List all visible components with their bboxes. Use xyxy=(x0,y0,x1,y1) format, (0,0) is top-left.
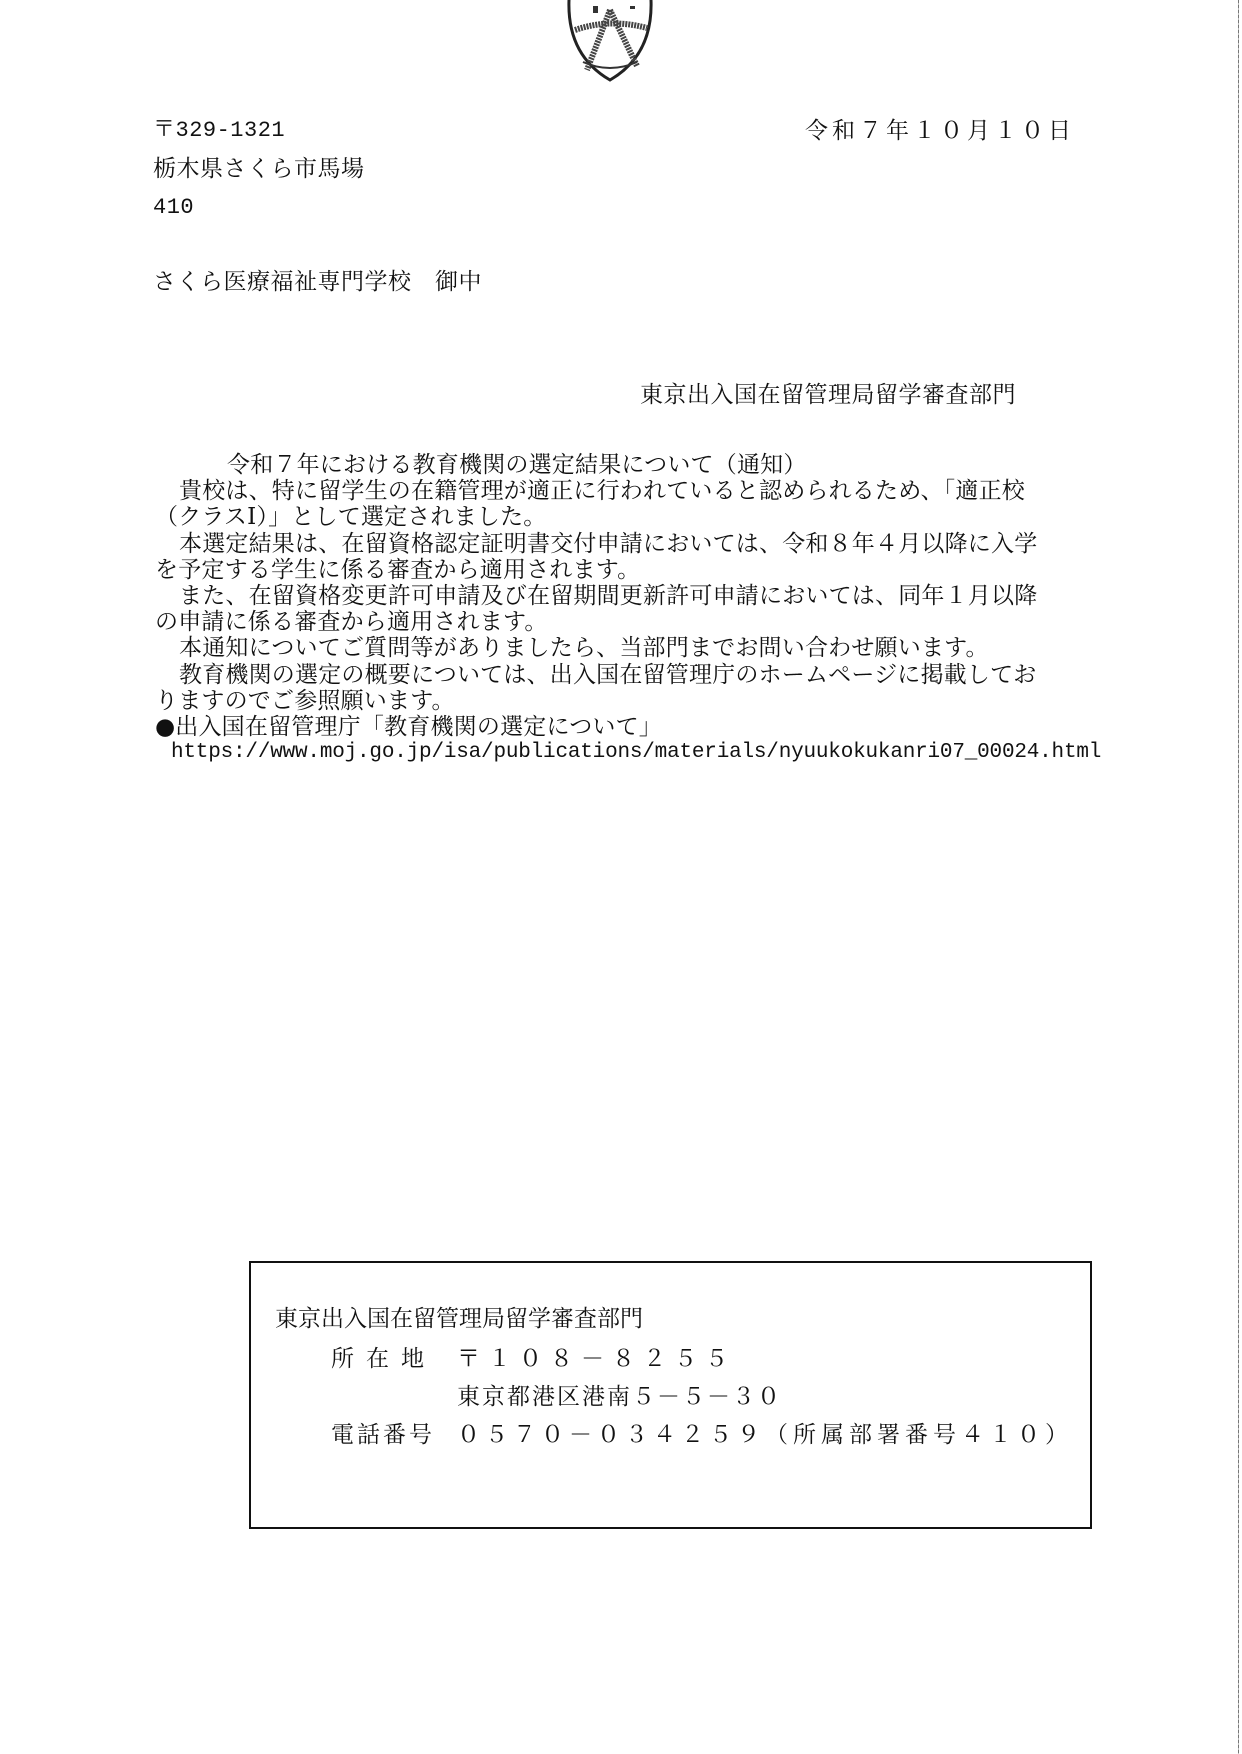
contact-address: 東京都港区港南５－５－３０ xyxy=(457,1378,782,1411)
body-line: の申請に係る審査から適用されます。 xyxy=(155,609,1115,635)
notice-body: 令和７年における教育機関の選定結果について（通知） 貴校は、特に留学生の在籍管理… xyxy=(155,452,1115,766)
contact-phone: ０５７０－０３４２５９（所属部署番号４１０） xyxy=(457,1416,1073,1449)
official-seal-icon xyxy=(565,0,655,85)
contact-postal-code: 〒１０８－８２５５ xyxy=(457,1340,736,1373)
contact-organization: 東京出入国在留管理局留学審査部門 xyxy=(275,1300,643,1333)
issuer: 東京出入国在留管理局留学審査部門 xyxy=(640,379,1016,411)
body-line: 教育機関の選定の概要については、出入国在留管理庁のホームページに掲載してお xyxy=(155,662,1115,688)
document-date: 令和７年１０月１０日 xyxy=(805,115,1075,147)
scan-page-edge xyxy=(1238,0,1239,1754)
body-line: を予定する学生に係る審査から適用されます。 xyxy=(155,557,1115,583)
sender-postal-code: 〒329-1321 xyxy=(153,115,285,147)
body-line: また、在留資格変更許可申請及び在留期間更新許可申請においては、同年１月以降 xyxy=(155,583,1115,609)
body-line: 貴校は、特に留学生の在籍管理が適正に行われていると認められるため、「適正校 xyxy=(155,478,1115,504)
reference-title: ●出入国在留管理庁「教育機関の選定について」 xyxy=(155,714,1115,740)
notice-title: 令和７年における教育機関の選定結果について（通知） xyxy=(155,452,1115,478)
reference-url-link[interactable]: https://www.moj.go.jp/isa/publications/m… xyxy=(155,740,1115,766)
body-line: 本選定結果は、在留資格認定証明書交付申請においては、令和８年４月以降に入学 xyxy=(155,531,1115,557)
phone-label: 電話番号 xyxy=(331,1416,435,1449)
sender-address-number: 410 xyxy=(153,192,194,224)
body-line: りますのでご参照願います。 xyxy=(155,688,1115,714)
sender-address: 栃木県さくら市馬場 xyxy=(153,153,365,185)
body-line: （クラスⅠ）」として選定されました。 xyxy=(155,504,1115,530)
body-line: 本通知についてご質問等がありましたら、当部門までお問い合わせ願います。 xyxy=(155,635,1115,661)
recipient: さくら医療福祉専門学校 御中 xyxy=(153,266,482,298)
contact-box: 東京出入国在留管理局留学審査部門 所在地 〒１０８－８２５５ 東京都港区港南５－… xyxy=(249,1261,1092,1529)
location-label: 所在地 xyxy=(331,1340,436,1373)
